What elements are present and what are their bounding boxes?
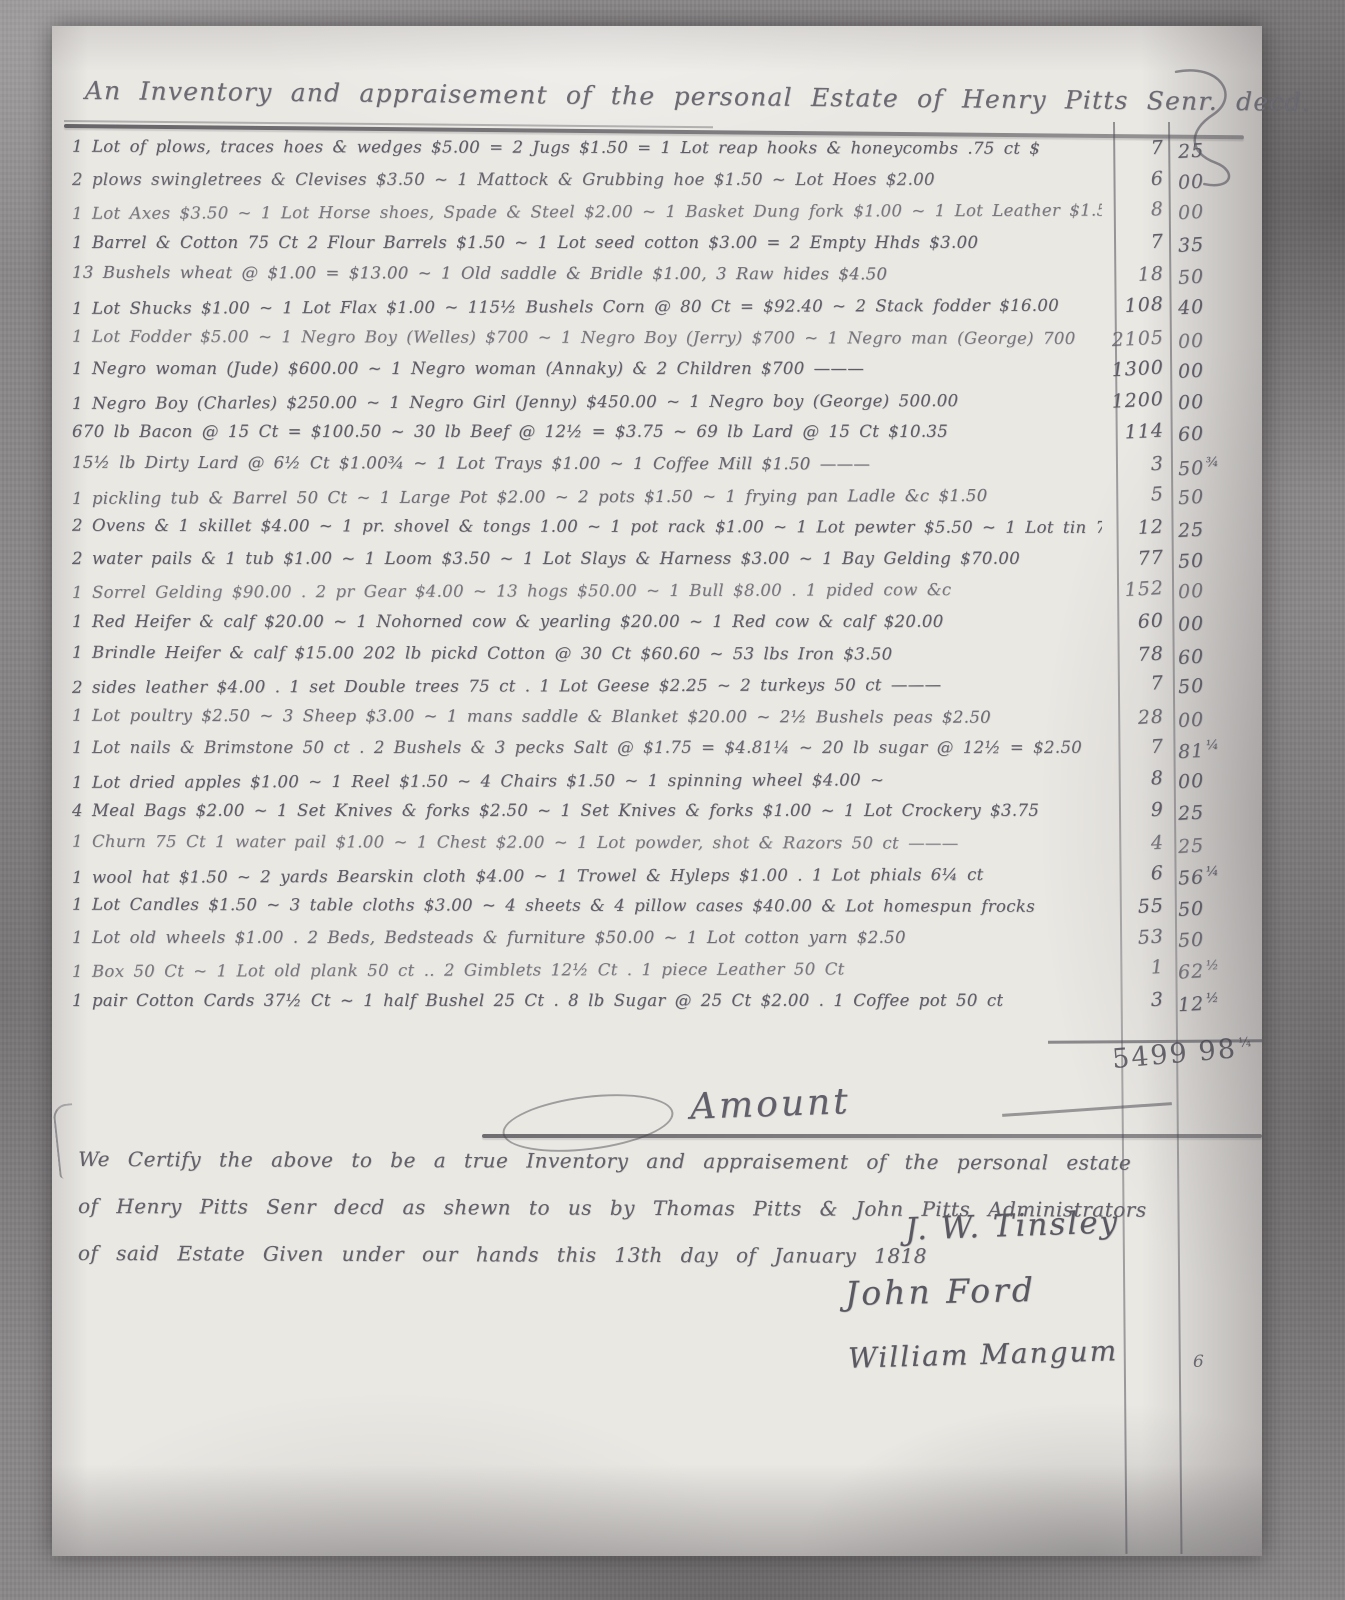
item-description: 1 Red Heifer & calf $20.00 ~ 1 Nohorned … (72, 612, 944, 631)
item-description: 1 wool hat $1.50 ~ 2 yards Bearskin clot… (72, 865, 984, 887)
item-description: 1 Brindle Heifer & calf $15.00 202 lb pi… (72, 642, 892, 663)
item-description: 1 Barrel & Cotton 75 Ct 2 Flour Barrels … (72, 233, 978, 252)
item-description: 1 Sorrel Gelding $90.00 . 2 pr Gear $4.0… (72, 580, 952, 602)
item-description: 670 lb Bacon @ 15 Ct = $100.50 ~ 30 lb B… (72, 422, 948, 441)
inventory-row: 1 Lot Fodder $5.00 ~ 1 Negro Boy (Welles… (72, 326, 1252, 360)
inventory-row: 1 Lot Axes $3.50 ~ 1 Lot Horse shoes, Sp… (72, 200, 1252, 235)
amount-cents: 50 (1178, 264, 1251, 290)
amount-dollars: 55 (1068, 895, 1165, 922)
grand-total-value: 549998¼ (1111, 1032, 1255, 1075)
amount-fraction: ½ (1206, 991, 1220, 1007)
amount-cents: 50 (1177, 483, 1250, 509)
amount-cents: 56¼ (1177, 862, 1250, 889)
inventory-row: 1 Lot of plows, traces hoes & wedges $5.… (72, 137, 1252, 171)
amount-flourish-swash (1002, 1102, 1172, 1116)
inventory-row: 1 Lot nails & Brimstone 50 ct . 2 Bushel… (72, 738, 1252, 770)
grand-total-fraction: ¼ (1238, 1035, 1254, 1051)
item-description: 2 water pails & 1 tub $1.00 ~ 1 Loom $3.… (72, 549, 1020, 568)
inventory-row: 1 Red Heifer & calf $20.00 ~ 1 Nohorned … (72, 612, 1252, 644)
amount-dollars: 7 (1068, 137, 1165, 164)
amount-fraction: ¾ (1206, 455, 1220, 471)
inventory-row: 1 Sorrel Gelding $90.00 . 2 pr Gear $4.0… (72, 579, 1252, 614)
inventory-row: 1 Box 50 Ct ~ 1 Lot old plank 50 ct .. 2… (72, 959, 1252, 994)
item-description: 1 Lot Shucks $1.00 ~ 1 Lot Flax $1.00 ~ … (72, 296, 1059, 318)
amount-cents: 25 (1178, 516, 1251, 542)
amount-cents: 25 (1178, 137, 1251, 163)
amount-dollars: 6 (1067, 862, 1164, 889)
amount-fraction: ½ (1206, 958, 1220, 974)
amount-dollars: 5 (1067, 482, 1164, 509)
amount-cents: 81¼ (1177, 736, 1250, 763)
inventory-row: 670 lb Bacon @ 15 Ct = $100.50 ~ 30 lb B… (72, 422, 1252, 454)
inventory-row: 15½ lb Dirty Lard @ 6½ Ct $1.00¾ ~ 1 Lot… (72, 453, 1252, 487)
item-description: 15½ lb Dirty Lard @ 6½ Ct $1.00¾ ~ 1 Lot… (72, 453, 870, 474)
item-description: 1 Lot nails & Brimstone 50 ct . 2 Bushel… (72, 738, 1082, 757)
inventory-row: 1 Lot Shucks $1.00 ~ 1 Lot Flax $1.00 ~ … (72, 295, 1252, 330)
inventory-row: 4 Meal Bags $2.00 ~ 1 Set Knives & forks… (72, 801, 1252, 833)
inventory-row: 1 wool hat $1.50 ~ 2 yards Bearskin clot… (72, 864, 1252, 899)
amount-cents: 00 (1177, 767, 1250, 793)
amount-cents: 00 (1178, 706, 1251, 732)
amount-dollars: 12 (1068, 516, 1165, 543)
inventory-row: 1 pair Cotton Cards 37½ Ct ~ 1 half Bush… (72, 991, 1252, 1023)
amount-dollars: 108 (1067, 293, 1164, 320)
amount-cents: 40 (1177, 293, 1250, 319)
amount-cents: 00 (1177, 168, 1250, 194)
amount-cents: 62½ (1177, 957, 1250, 984)
amount-cents: 50¾ (1177, 453, 1250, 480)
amount-cents: 50 (1177, 547, 1250, 573)
item-description: 1 Lot poultry $2.50 ~ 3 Sheep $3.00 ~ 1 … (72, 705, 991, 726)
amount-cents: 50 (1177, 672, 1250, 698)
item-description: 4 Meal Bags $2.00 ~ 1 Set Knives & forks… (72, 801, 1039, 820)
inventory-row: 1 Lot poultry $2.50 ~ 3 Sheep $3.00 ~ 1 … (72, 705, 1252, 739)
amount-dollars: 7 (1067, 672, 1164, 699)
signature-tinsley: J. W. Tinsley (904, 1204, 1119, 1247)
item-description: 1 Lot dried apples $1.00 ~ 1 Reel $1.50 … (72, 770, 884, 792)
item-description: 1 Negro woman (Jude) $600.00 ~ 1 Negro w… (72, 359, 864, 378)
inventory-row: 1 Brindle Heifer & calf $15.00 202 lb pi… (72, 642, 1252, 676)
inventory-row: 1 Negro woman (Jude) $600.00 ~ 1 Negro w… (72, 359, 1252, 391)
amount-cents: 25 (1178, 832, 1251, 858)
amount-dollars: 53 (1067, 925, 1164, 952)
amount-dollars: 1 (1067, 956, 1164, 983)
amount-dollars: 7 (1067, 736, 1164, 763)
inventory-row: 1 Lot old wheels $1.00 . 2 Beds, Bedstea… (72, 928, 1252, 960)
amount-cents: 00 (1177, 610, 1250, 636)
item-description: 1 Lot old wheels $1.00 . 2 Beds, Bedstea… (72, 928, 906, 947)
item-description: 1 Lot Fodder $5.00 ~ 1 Negro Boy (Welles… (72, 326, 1076, 347)
amount-cents: 50 (1177, 926, 1250, 952)
amount-dollars: 8 (1067, 198, 1164, 225)
amount-cents: 50 (1178, 896, 1251, 922)
inventory-row: 1 Barrel & Cotton 75 Ct 2 Flour Barrels … (72, 233, 1252, 265)
inventory-row: 2 water pails & 1 tub $1.00 ~ 1 Loom $3.… (72, 549, 1252, 581)
grand-total-dollars: 5499 (1111, 1038, 1190, 1076)
document-title: An Inventory and appraisement of the per… (85, 76, 1311, 117)
grand-total-cents: 98 (1197, 1033, 1238, 1067)
inventory-row: 1 Negro Boy (Charles) $250.00 ~ 1 Negro … (72, 390, 1252, 425)
amount-dollars: 4 (1068, 832, 1165, 859)
amount-dollars: 9 (1067, 799, 1164, 826)
inventory-row: 1 pickling tub & Barrel 50 Ct ~ 1 Large … (72, 485, 1252, 520)
amount-cents: 00 (1178, 327, 1251, 353)
item-description: 1 Box 50 Ct ~ 1 Lot old plank 50 ct .. 2… (72, 960, 845, 981)
signature-ford: John Ford (845, 1270, 1037, 1313)
amount-dollars: 152 (1067, 577, 1164, 604)
amount-fraction: ¼ (1206, 738, 1220, 754)
item-description: 2 sides leather $4.00 . 1 set Double tre… (72, 675, 941, 697)
amount-fraction: ¼ (1206, 864, 1220, 880)
amount-dollars: 1300 (1067, 357, 1164, 384)
item-description: 1 Churn 75 Ct 1 water pail $1.00 ~ 1 Che… (72, 832, 959, 853)
amount-dollars: 2105 (1068, 326, 1165, 353)
item-description: 13 Bushels wheat @ $1.00 = $13.00 ~ 1 Ol… (72, 263, 887, 284)
amount-dollars: 6 (1067, 167, 1164, 194)
item-description: 1 Lot Axes $3.50 ~ 1 Lot Horse shoes, Sp… (72, 201, 1102, 223)
amount-dollars: 3 (1068, 452, 1165, 479)
inventory-row: 1 Lot Candles $1.50 ~ 3 table cloths $3.… (72, 895, 1252, 929)
scanned-document: An Inventory and appraisement of the per… (0, 0, 1345, 1600)
amount-cents: 35 (1177, 231, 1250, 257)
amount-cents: 00 (1177, 388, 1250, 414)
document-page: An Inventory and appraisement of the per… (52, 26, 1262, 1556)
amount-dollars: 77 (1067, 546, 1164, 573)
item-description: 1 Lot Candles $1.50 ~ 3 table cloths $3.… (72, 895, 1035, 916)
amount-cents: 60 (1177, 420, 1250, 446)
inventory-rows: 1 Lot of plows, traces hoes & wedges $5.… (72, 138, 1252, 1023)
amount-cents: 00 (1177, 357, 1250, 383)
inventory-row: 1 Churn 75 Ct 1 water pail $1.00 ~ 1 Che… (72, 832, 1252, 866)
amount-dollars: 114 (1067, 420, 1164, 447)
amount-cents: 00 (1177, 198, 1250, 224)
amount-dollars: 3 (1067, 989, 1164, 1016)
item-description: 1 Lot of plows, traces hoes & wedges $5.… (72, 137, 1040, 158)
certification-bracket (52, 1103, 80, 1179)
amount-dollars: 1200 (1067, 388, 1164, 415)
inventory-row: 13 Bushels wheat @ $1.00 = $13.00 ~ 1 Ol… (72, 263, 1252, 297)
amount-dollars: 78 (1068, 642, 1165, 669)
amount-dollars: 7 (1067, 230, 1164, 257)
amount-label: Amount (689, 1081, 851, 1128)
item-description: 2 Ovens & 1 skillet $4.00 ~ 1 pr. shovel… (72, 516, 1102, 537)
amount-cents: 00 (1177, 578, 1250, 604)
inventory-row: 2 plows swingletrees & Clevises $3.50 ~ … (72, 170, 1252, 202)
amount-dollars: 18 (1068, 263, 1165, 290)
inventory-row: 1 Lot dried apples $1.00 ~ 1 Reel $1.50 … (72, 769, 1252, 804)
inventory-row: 2 sides leather $4.00 . 1 set Double tre… (72, 674, 1252, 709)
amount-cents: 12½ (1177, 989, 1250, 1016)
item-description: 2 plows swingletrees & Clevises $3.50 ~ … (72, 170, 935, 189)
item-description: 1 pair Cotton Cards 37½ Ct ~ 1 half Bush… (72, 991, 1003, 1010)
signature-mangum: William Mangum (848, 1334, 1119, 1375)
amount-cents: 25 (1177, 800, 1250, 826)
amount-cents: 60 (1178, 643, 1251, 669)
amount-dollars: 60 (1067, 609, 1164, 636)
inventory-row: 2 Ovens & 1 skillet $4.00 ~ 1 pr. shovel… (72, 516, 1252, 550)
amount-dollars: 28 (1068, 705, 1165, 732)
certification-line: We Certify the above to be a true Invent… (78, 1136, 1243, 1187)
item-description: 1 Negro Boy (Charles) $250.00 ~ 1 Negro … (72, 391, 959, 413)
amount-dollars: 8 (1067, 767, 1164, 794)
margin-note: 6 (1193, 1352, 1204, 1372)
item-description: 1 pickling tub & Barrel 50 Ct ~ 1 Large … (72, 486, 988, 508)
